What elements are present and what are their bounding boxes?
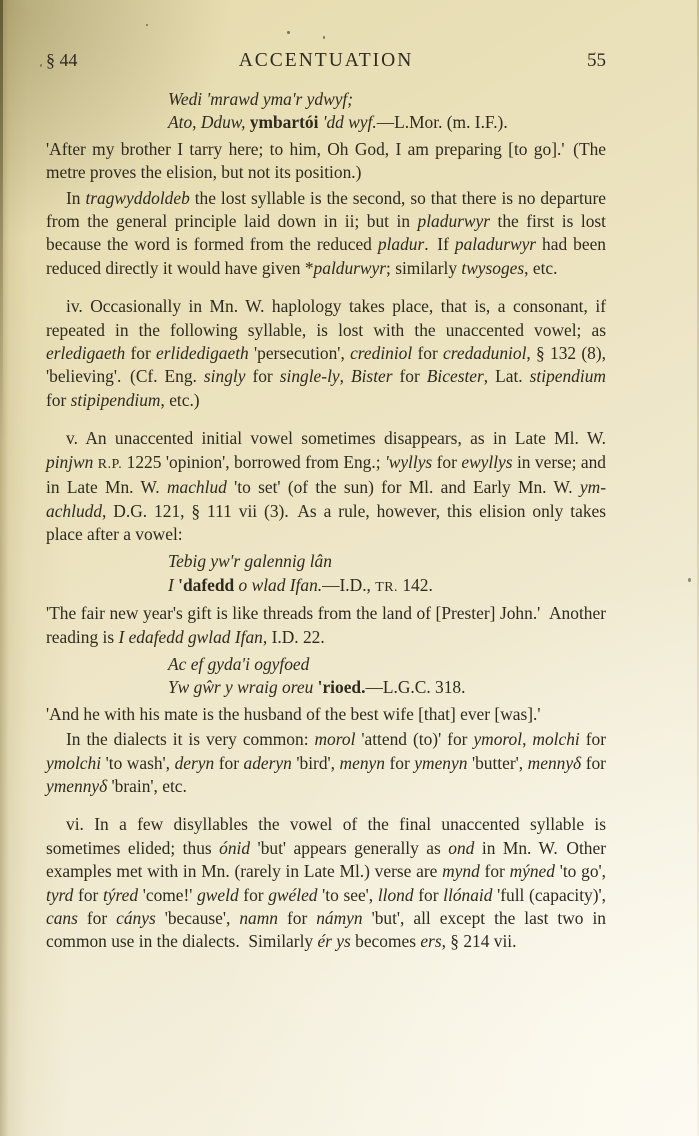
text-run: aderyn [244,753,292,773]
text-run: 'full (capacity)', [492,885,606,905]
text-run: for [580,729,606,749]
verse-line: Ato, Dduw, ymbartói 'dd wyf.—L.Mor. (m. … [168,111,606,134]
text-run: 'dd wyf. [318,112,376,132]
text-run: . If [424,234,455,254]
text-run: twysoges [461,258,524,278]
paragraph: vi. In a few disyllables the vowel of th… [46,813,606,953]
text-run: 'persecution', [249,343,350,363]
text-run: deryn [175,753,215,773]
paper-speck [40,64,42,67]
text-run: erledigaeth [46,343,125,363]
text-run: 'butter', [467,753,527,773]
paper-speck [287,31,290,34]
text-run: 'wyllys [385,452,432,472]
text-run: 'to go', [555,861,606,881]
verse-line: Ac ef gyda'i ogyfoed [168,653,606,676]
paper-speck [146,24,148,26]
text-run: týred [103,885,138,905]
text-run: mennyδ [528,753,581,773]
text-run: —L.Mor. (m. I.F.). [377,112,508,132]
text-run: cánys [116,908,156,928]
text-run: 'And he with his mate is the husband of … [46,704,541,724]
book-page: § 44 ACCENTUATION 55 Wedi 'mrawd yma'r y… [0,0,699,1136]
text-run: namn [239,908,278,928]
verse-line: Wedi 'mrawd yma'r ydwyf; [168,88,606,111]
text-run: for [73,885,103,905]
text-run: paladurwyr [455,234,536,254]
text-run: ewyllys [461,452,512,472]
text-run: for [432,452,461,472]
text-run: 142. [398,575,433,595]
text-run: for [393,366,427,386]
text-run: , § 214 vii. [442,931,517,951]
page-header: § 44 ACCENTUATION 55 [46,50,606,72]
text-run: , D.G. 121, § 111 vii (3). As a rule, ho… [46,501,606,544]
text-run: v. An unaccented initial vowel sometimes… [66,428,606,448]
text-run: for [78,908,116,928]
text-run: ér ys [317,931,350,951]
text-run: iv. Occasionally in Mn. W. haplology tak… [46,296,606,339]
text-run: 'bird', [292,753,340,773]
section-number: § 44 [46,50,136,71]
text-run: In the dialects it is very common: [66,729,315,749]
verse-block: Tebig yw'r galennig lânI 'dafedd o wlad … [168,550,606,599]
verse-line: I 'dafedd o wlad Ifan.—I.D., TR. 142. [168,574,606,599]
text-run: for [239,885,269,905]
text-run: for [46,390,71,410]
text-run: ers [420,931,441,951]
text-run: TR. [375,580,398,595]
text-run: Bicester [427,366,484,386]
text-run: for [412,343,443,363]
text-run: Bister [351,366,393,386]
text-run: 'to see', [318,885,378,905]
text-run: singly [204,366,246,386]
text-run: 1225 'opinion', borrowed from Eng.; [122,452,385,472]
text-run: ymolchi [46,753,101,773]
paragraph: iv. Occasionally in Mn. W. haplology tak… [46,295,606,412]
text-run: 'dafedd [178,575,234,595]
text-run: credaduniol [443,343,526,363]
paragraph: 'After my brother I tarry here; to him, … [46,138,606,185]
text-run: ymbartói [250,112,319,132]
text-run: erlidedigaeth [156,343,249,363]
text-run: molchi [532,729,579,749]
text-run: , etc.) [161,390,200,410]
text-run: pladur [378,234,424,254]
text-run: ónid [219,838,250,858]
text-run: pinjwn [46,452,93,472]
text-run: In [66,188,85,208]
text-run: 'to wash', [101,753,175,773]
text-run: stipendium [530,366,606,386]
verse-block: Ac ef gyda'i ogyfoedYw gŵr y wraig oreu … [168,653,606,700]
text-run: stipipendium [71,390,161,410]
text-run: gweld [197,885,239,905]
text-run: I [168,575,178,595]
text-run: , etc. [524,258,557,278]
text-run: ond [448,838,474,858]
text-run: 'come!' [138,885,197,905]
text-run: 'but' appears generally as [250,838,448,858]
page-edge-shade-left [0,0,3,440]
text-run: ymenyn [414,753,467,773]
text-run: R.P. [98,457,122,472]
text-run: for [125,343,156,363]
text-run: , [340,366,351,386]
paragraph: In tragwyddoldeb the lost syllable is th… [46,187,606,281]
text-run: I edafedd gwlad Ifan [118,627,262,647]
paragraph: 'And he with his mate is the husband of … [46,703,606,726]
text-run: becomes [351,931,421,951]
text-run: Yw gŵr y wraig oreu [168,677,318,697]
text-run: ymennyδ [46,776,107,796]
page-number: 55 [516,50,606,72]
paragraph: In the dialects it is very common: morol… [46,728,606,798]
text-run: 'attend (to)' for [355,729,473,749]
text-run: crediniol [350,343,412,363]
text-run: tragwyddoldeb [85,188,189,208]
text-run: for [245,366,279,386]
text-run: , I.D. 22. [263,627,325,647]
text-run: mynd [442,861,480,881]
text-run: for [480,861,510,881]
text-run: for [581,753,606,773]
content: Wedi 'mrawd yma'r ydwyf;Ato, Dduw, ymbar… [46,84,606,954]
text-run: Wedi 'mrawd yma'r ydwyf; [168,89,353,109]
paper-speck [688,578,691,582]
text-run: —L.G.C. 318. [365,677,465,697]
text-run: tyrd [46,885,73,905]
text-run: for [385,753,414,773]
running-title: ACCENTUATION [136,50,516,72]
text-run: llónaid [443,885,492,905]
text-run: Ac ef gyda'i ogyfoed [168,654,309,674]
verse-block: Wedi 'mrawd yma'r ydwyf;Ato, Dduw, ymbar… [168,88,606,135]
text-run: 'because', [156,908,240,928]
text-run: gwéled [268,885,317,905]
text-run: machlud [167,477,227,497]
verse-line: Tebig yw'r galennig lân [168,550,606,573]
text-run: llond [378,885,414,905]
text-run: ymorol [473,729,522,749]
text-run: for [278,908,316,928]
text-run: menyn [340,753,385,773]
text-run: morol [315,729,356,749]
text-run: cans [46,908,78,928]
text-run: for [414,885,444,905]
text-run: , Lat. [484,366,530,386]
text-run: for [214,753,243,773]
text-run: Ato, Dduw, [168,112,250,132]
text-run: 'to set' (of the sun) for Ml. and Early … [227,477,580,497]
text-run: Tebig yw'r galennig lân [168,551,332,571]
text-run: ; similarly [386,258,461,278]
text-run: pladurwyr [418,211,490,231]
paragraph: 'The fair new year's gift is like thread… [46,602,606,649]
text-run: 'rioed. [318,677,366,697]
text-run: 'After my brother I tarry here; to him, … [46,139,606,182]
text-run: mýned [510,861,555,881]
text-run: 'brain', etc. [107,776,187,796]
text-run: námyn [316,908,362,928]
verse-line: Yw gŵr y wraig oreu 'rioed.—L.G.C. 318. [168,676,606,699]
paragraph: v. An unaccented initial vowel sometimes… [46,427,606,546]
paper-speck [323,36,325,39]
text-run: —I.D., [322,575,375,595]
text-run: single-ly [280,366,340,386]
text-run: paldurwyr [314,258,386,278]
text-run: , [522,729,532,749]
text-run: o wlad Ifan. [234,575,322,595]
